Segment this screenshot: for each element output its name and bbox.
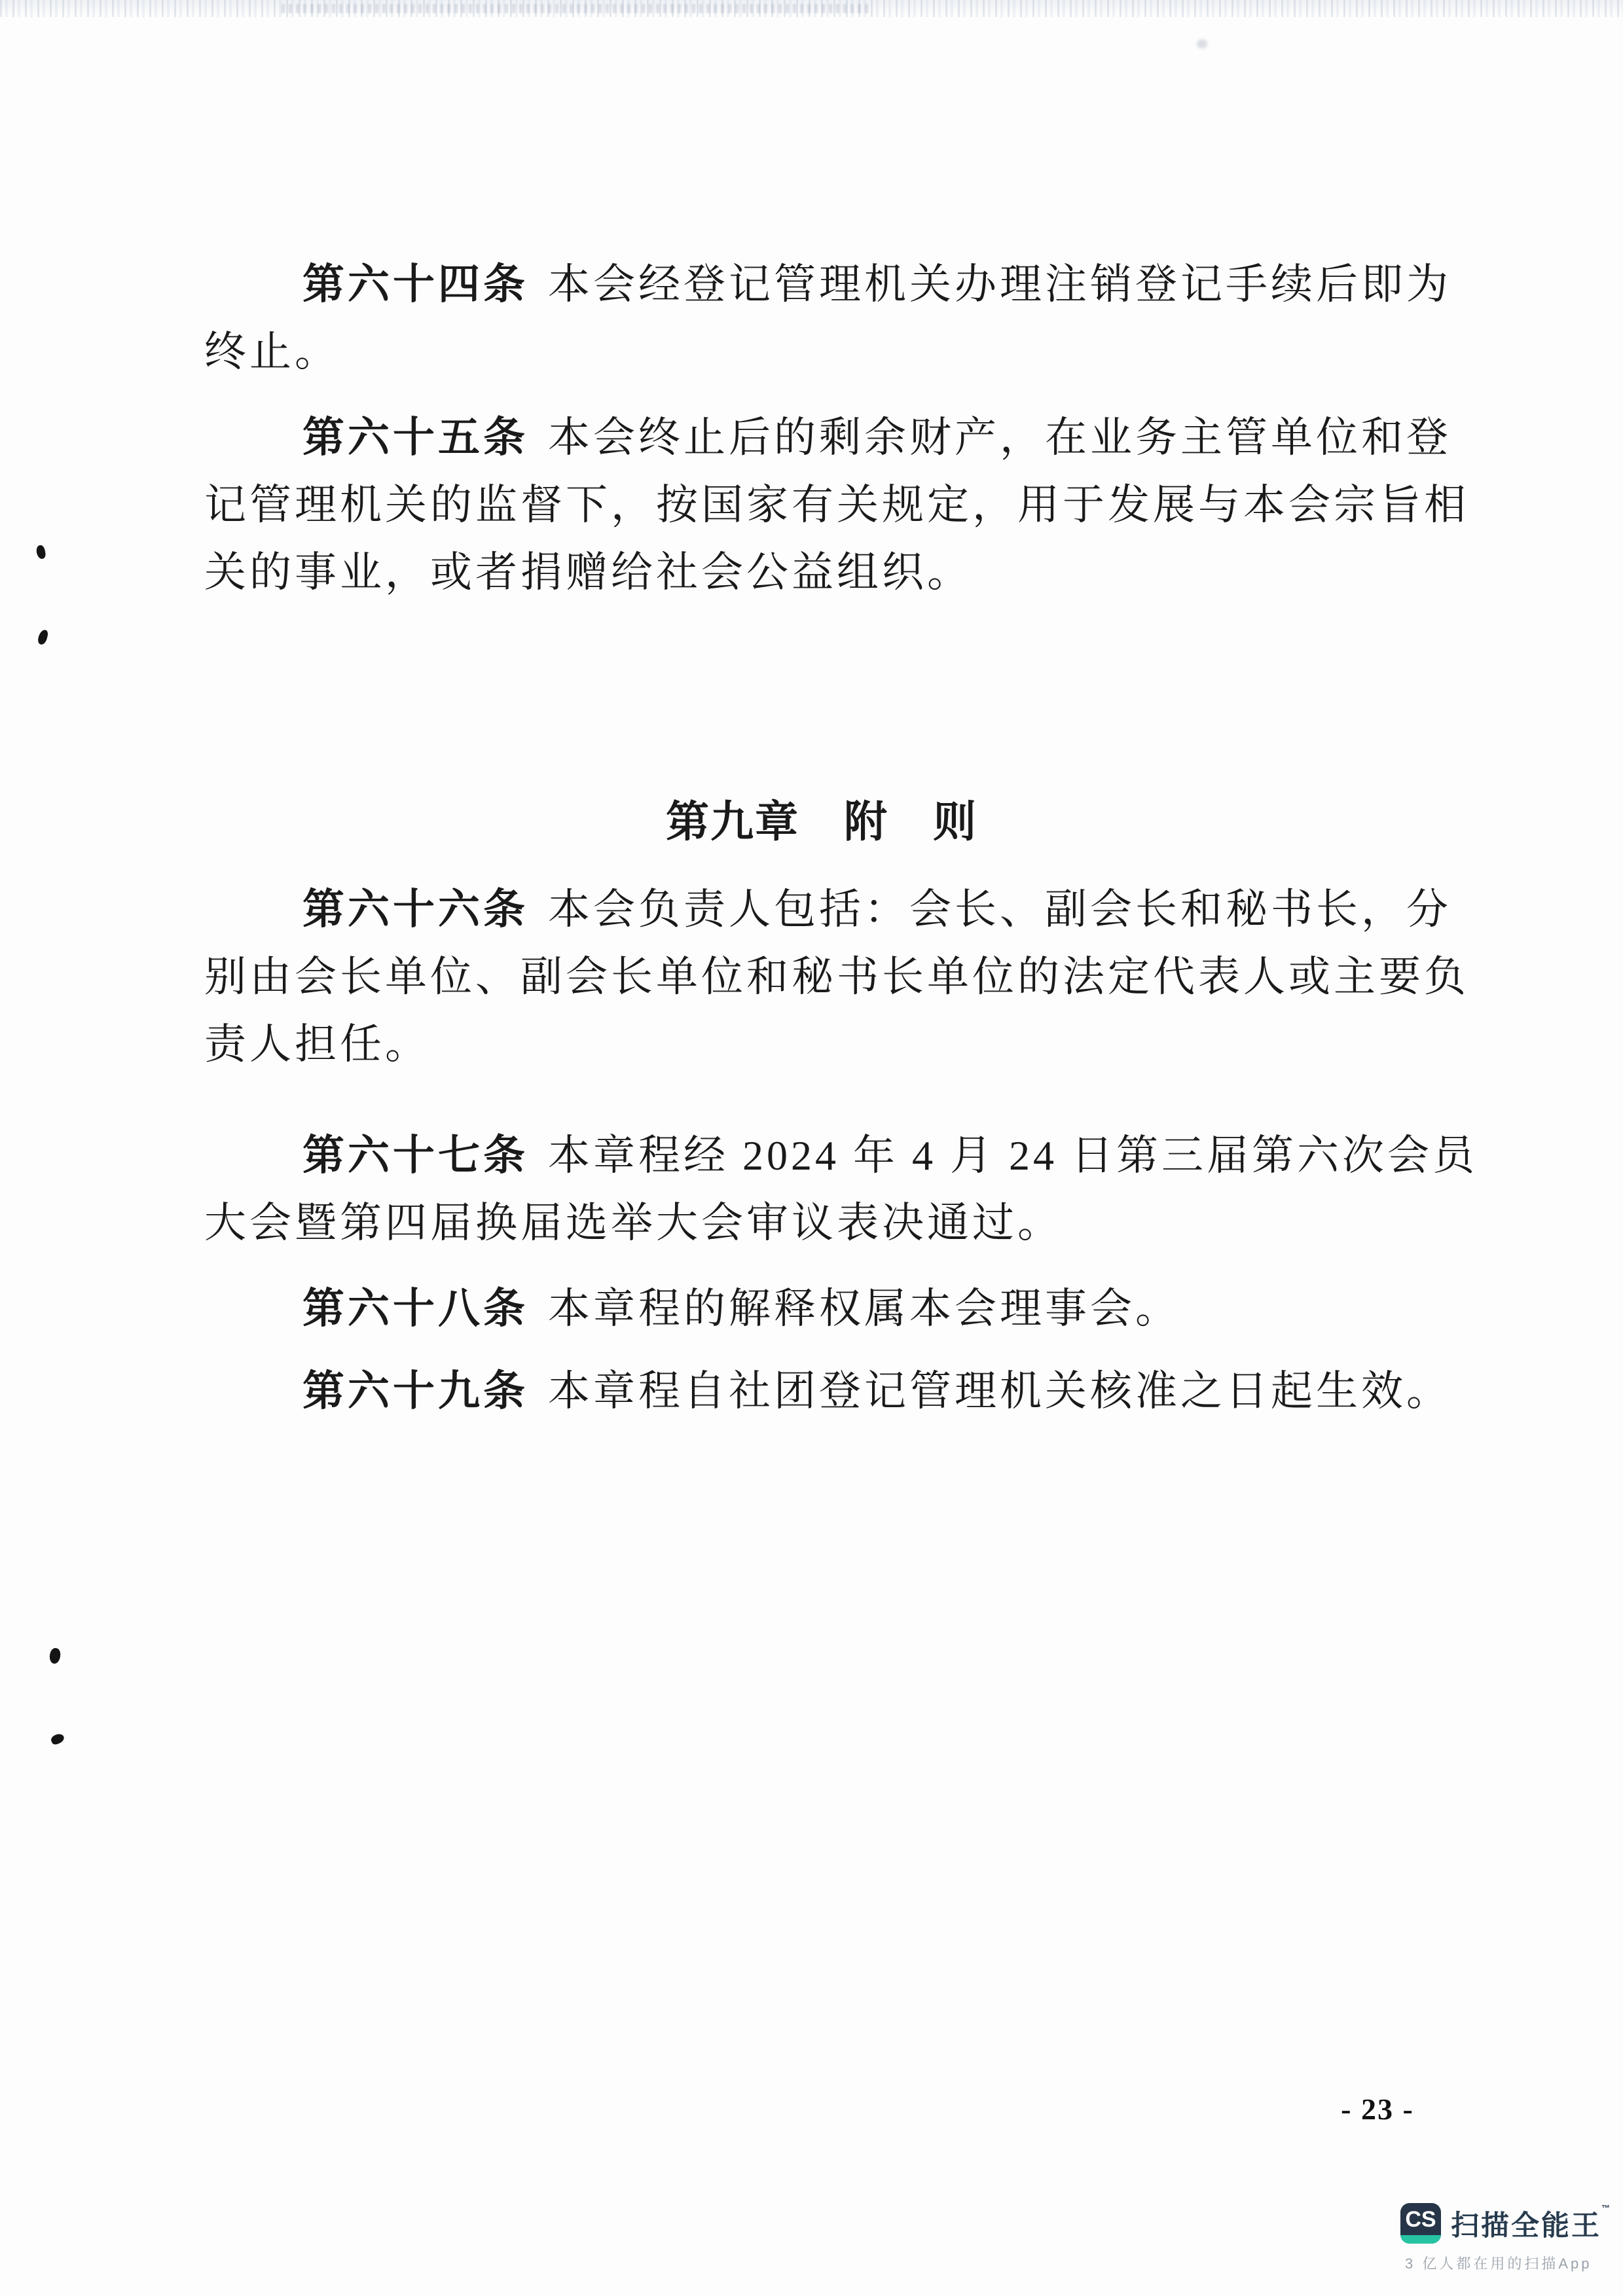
chapter-heading: 第九章 附 则	[214, 789, 1429, 856]
text-line: 第六十六条本会负责人包括：会长、副会长和秘书长，分	[204, 876, 1419, 943]
ink-speck	[48, 1647, 61, 1664]
scan-smudge	[1197, 39, 1207, 48]
article-text: 本会经登记管理机关办理注销登记手续后即为	[548, 261, 1451, 308]
scan-artifact-streaks	[282, 4, 871, 13]
text-line: 别由会长单位、副会长单位和秘书长单位的法定代表人或主要负	[204, 943, 1419, 1011]
text-line: 第六十四条本会经登记管理机关办理注销登记手续后即为	[204, 251, 1419, 318]
text-line: 记管理机关的监督下，按国家有关规定，用于发展与本会宗旨相	[204, 471, 1419, 539]
camscanner-logo-letters: CS	[1400, 2203, 1441, 2236]
article-text: 本章程经 2024 年 4 月 24 日第三届第六次会员	[548, 1132, 1478, 1179]
ink-speck	[50, 1732, 65, 1746]
trademark-symbol: ™	[1601, 2203, 1610, 2213]
article-number: 第六十九条	[302, 1368, 528, 1414]
article-text: 本会负责人包括：会长、副会长和秘书长，分	[548, 886, 1451, 933]
article-text: 本会终止后的剩余财产，在业务主管单位和登	[548, 414, 1451, 461]
article-paragraph: 第六十八条本章程的解释权属本会理事会。	[204, 1275, 1419, 1342]
text-line: 关的事业，或者捐赠给社会公益组织。	[204, 539, 1419, 606]
article-text: 本章程自社团登记管理机关核准之日起生效。	[548, 1368, 1451, 1414]
article-paragraph: 第六十六条本会负责人包括：会长、副会长和秘书长，分别由会长单位、副会长单位和秘书…	[204, 876, 1419, 1078]
text-line: 责人担任。	[204, 1011, 1419, 1078]
article-paragraph: 第六十五条本会终止后的剩余财产，在业务主管单位和登记管理机关的监督下，按国家有关…	[204, 404, 1419, 606]
text-line: 第六十七条本章程经 2024 年 4 月 24 日第三届第六次会员	[204, 1122, 1419, 1189]
ink-speck	[35, 545, 46, 560]
text-line: 终止。	[204, 318, 1419, 386]
text-line: 第六十八条本章程的解释权属本会理事会。	[204, 1275, 1419, 1342]
camscanner-watermark: CS 扫描全能王™ 3 亿人都在用的扫描App	[1400, 2203, 1610, 2273]
article-paragraph: 第六十四条本会经登记管理机关办理注销登记手续后即为终止。	[204, 251, 1419, 386]
text-line: 第六十五条本会终止后的剩余财产，在业务主管单位和登	[204, 404, 1419, 471]
ink-speck	[37, 629, 48, 645]
camscanner-brand-text: 扫描全能王™	[1451, 2204, 1610, 2244]
article-paragraph: 第六十九条本章程自社团登记管理机关核准之日起生效。	[204, 1357, 1419, 1425]
article-text: 本章程的解释权属本会理事会。	[548, 1285, 1180, 1332]
camscanner-logo-accent-band	[1400, 2235, 1441, 2244]
brand-name: 扫描全能王	[1451, 2210, 1601, 2242]
article-number: 第六十六条	[302, 886, 528, 933]
text-line: 大会暨第四届换届选举大会审议表决通过。	[204, 1189, 1419, 1257]
camscanner-logo-row: CS 扫描全能王™	[1400, 2203, 1610, 2244]
article-number: 第六十八条	[302, 1285, 528, 1332]
camscanner-logo-icon: CS	[1400, 2203, 1441, 2244]
scanned-document-page: 第六十四条本会经登记管理机关办理注销登记手续后即为终止。第六十五条本会终止后的剩…	[0, 0, 1623, 2296]
page-number: - 23 -	[1334, 2092, 1421, 2126]
text-line: 第六十九条本章程自社团登记管理机关核准之日起生效。	[204, 1357, 1419, 1425]
camscanner-tagline: 3 亿人都在用的扫描App	[1405, 2253, 1610, 2273]
article-paragraph: 第六十七条本章程经 2024 年 4 月 24 日第三届第六次会员大会暨第四届换…	[204, 1122, 1419, 1257]
article-number: 第六十五条	[302, 414, 528, 461]
article-number: 第六十七条	[302, 1132, 528, 1179]
article-number: 第六十四条	[302, 261, 528, 308]
document-body: 第六十四条本会经登记管理机关办理注销登记手续后即为终止。第六十五条本会终止后的剩…	[204, 251, 1419, 1425]
